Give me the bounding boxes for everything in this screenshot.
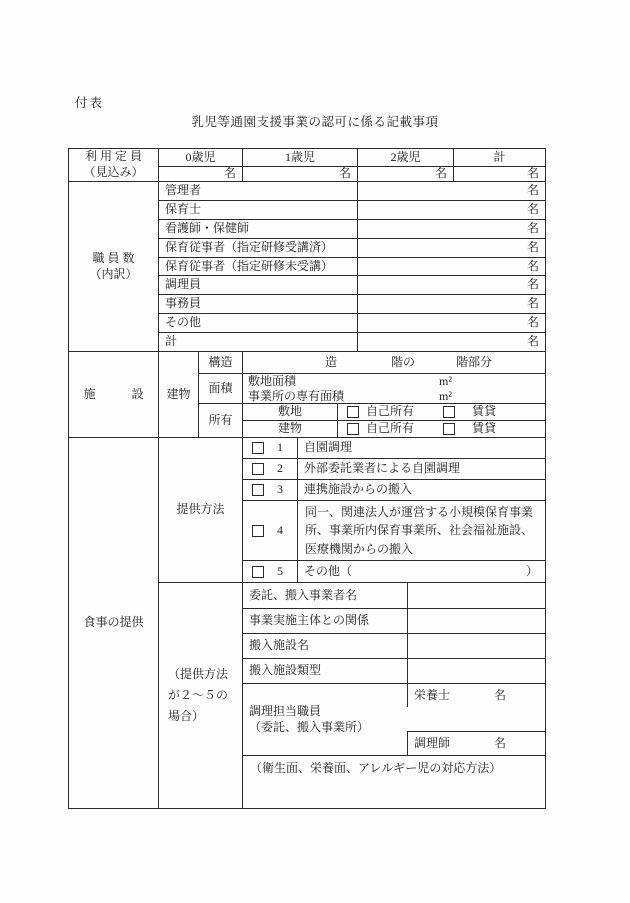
office-area-label: 事業所の専有面積 [243,389,344,403]
method-5-text: その他（ [304,564,352,580]
structure-blank-kaino: 階の [391,355,415,371]
ownership-site-label: 敷地 [242,403,337,420]
checkbox-icon [252,463,264,475]
capacity-value-age0: 名 [158,166,242,181]
detail-row-value-blank [407,633,545,658]
detail-row-value-blank [407,658,545,683]
method-number: 3 [277,482,283,498]
capacity-value-total: 名 [453,166,545,181]
method-number: 2 [277,461,283,477]
capacity-col-total: 計 [453,148,545,166]
checkbox-icon [443,423,455,435]
checkbox-icon [347,406,359,418]
method-3-text: 連携施設からの搬入 [297,479,545,500]
own-option-self: 自己所有 [366,421,414,437]
cooking-staff-unit: 名 [494,688,506,704]
site-area-row: 敷地面積 m² [243,374,545,389]
ownership-label-cell: 所有 [198,403,242,437]
staff-row-value: 名 [357,257,545,275]
capacity-col-age1: 1歳児 [242,148,357,166]
method-number: 5 [277,564,283,580]
ownership-building-options: 自己所有 賃貸 [337,420,545,437]
method-1-checkbox-cell: 1 [242,437,297,458]
detail-row-label: 搬入施設類型 [242,658,407,683]
capacity-label-line1: 利 用 定 員 [85,149,142,165]
ownership-building-label: 建物 [242,420,337,437]
checkbox-icon [252,566,264,578]
staff-row-label: 保育従事者（指定研修未受講） [158,257,357,275]
method-2-checkbox-cell: 2 [242,458,297,479]
cooking-staff-role: 調理師 [414,736,450,752]
meal-method-label-cell: 提供方法 [158,437,242,582]
hygiene-note-cell: （衛生面、栄養面、アレルギー児の対応方法） [242,755,545,808]
method-4-checkbox-cell: 4 [242,500,297,560]
staff-row-label: 計 [158,332,357,351]
site-area-label: 敷地面積 [243,374,296,388]
area-value-cell: 敷地面積 m² 事業所の専有面積 m² [242,373,545,403]
staff-row-label: 調理員 [158,275,357,294]
staff-row-label: 管理者 [158,181,357,200]
appendix-tag: 付表 [75,93,104,111]
capacity-value-age1: 名 [242,166,357,181]
checkbox-icon [252,484,264,496]
cooking-staff-label-cell: 調理担当職員 （委託、搬入事業所） [242,683,407,755]
checkbox-icon [252,442,264,454]
structure-value-cell: 造 階の 階部分 [242,351,545,373]
staff-row-label: 看護師・保健師 [158,219,357,238]
capacity-header-cell: 利 用 定 員 （見込み） [68,148,158,181]
staff-label-line1: 職 員 数 [92,251,134,267]
own-option-rent: 賃貸 [472,421,496,437]
checkbox-icon [443,406,455,418]
structure-blank-kaibubun: 階部分 [456,355,492,371]
staff-row-label: 事務員 [158,294,357,313]
capacity-col-age2: 2歳児 [357,148,453,166]
ownership-site-options: 自己所有 賃貸 [337,403,545,420]
method-number: 4 [277,523,283,539]
method-1-text: 自園調理 [297,437,545,458]
staff-header-cell: 職 員 数 （内訳） [68,181,158,351]
detail-row-value-blank [407,608,545,633]
method-4-text: 同一、関連法人が運営する小規模保育事業所、事業所内保育事業所、社会福祉施設、医療… [297,500,545,560]
detail-row-label: 搬入施設名 [242,633,407,658]
office-area-row: 事業所の専有面積 m² [243,389,545,404]
capacity-label-line2: （見込み） [83,165,143,181]
office-area-unit: m² [439,389,452,404]
structure-blank-zou: 造 [325,355,337,371]
method-5-checkbox-cell: 5 [242,560,297,582]
structure-label-cell: 構造 [198,351,242,373]
own-option-self: 自己所有 [366,404,414,420]
staff-row-value: 名 [357,219,545,238]
document-page: 付表 乳児等通園支援事業の認可に係る記載事項 利 用 定 員 （見込み） 0歳児… [0,0,630,903]
site-area-unit: m² [439,374,452,389]
staff-row-value: 名 [357,200,545,219]
facility-header-cell: 施 設 [68,351,158,437]
cooking-staff-label-line2: （委託、搬入事業所） [249,720,369,736]
method-3-checkbox-cell: 3 [242,479,297,500]
capacity-value-age2: 名 [357,166,453,181]
method-5-close-paren: ） [526,564,538,580]
staff-row-value: 名 [357,275,545,294]
method-number: 1 [277,440,283,456]
cooking-staff-row-cook: 調理師 名 [407,731,545,755]
staff-row-value: 名 [357,294,545,313]
staff-row-value: 名 [357,332,545,351]
meal-case-label-cell: （提供方法が２～５の場合） [158,582,242,808]
cooking-staff-role: 栄養士 [414,688,450,704]
cooking-staff-unit: 名 [494,736,506,752]
staff-row-label: 保育従事者（指定研修受講済） [158,238,357,257]
staff-row-label: 保育士 [158,200,357,219]
cooking-staff-row-nutritionist: 栄養士 名 [407,683,545,707]
staff-row-value: 名 [357,181,545,200]
detail-row-label: 委託、搬入事業者名 [242,582,407,608]
detail-row-value-blank [407,582,545,608]
cooking-staff-label-line1: 調理担当職員 [249,704,321,720]
staff-label-line2: （内訳） [89,267,137,283]
capacity-col-age0: 0歳児 [158,148,242,166]
facility-building-cell: 建物 [158,351,198,437]
form-table: 利 用 定 員 （見込み） 0歳児 1歳児 2歳児 計 名 名 名 名 職 員 … [68,148,546,809]
area-label-cell: 面積 [198,373,242,403]
document-title: 乳児等通園支援事業の認可に係る記載事項 [0,112,630,130]
staff-row-value: 名 [357,313,545,332]
meal-header-cell: 食事の提供 [68,437,158,808]
method-5-text-cell: その他（ ） [297,560,545,582]
checkbox-icon [252,525,264,537]
staff-row-value: 名 [357,238,545,257]
checkbox-icon [347,423,359,435]
detail-row-label: 事業実施主体との関係 [242,608,407,633]
method-2-text: 外部委託業者による自園調理 [297,458,545,479]
own-option-rent: 賃貸 [472,404,496,420]
staff-row-label: その他 [158,313,357,332]
